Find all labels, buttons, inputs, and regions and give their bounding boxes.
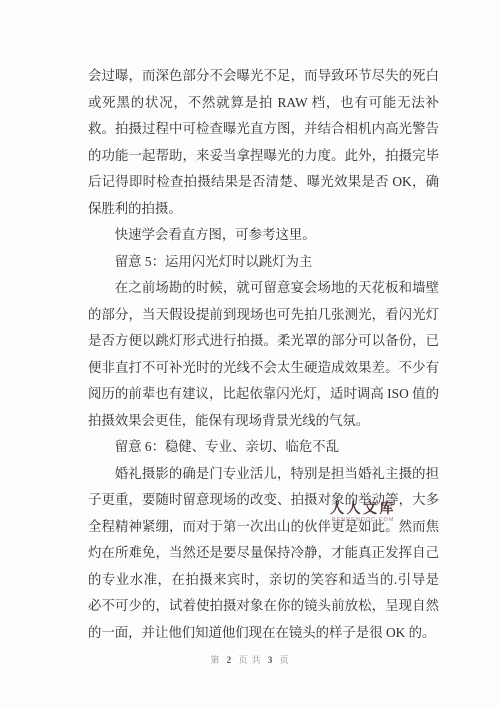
footer-prefix-label: 第 [210, 655, 220, 665]
footer-suffix-label: 页 [280, 655, 290, 665]
page-footer: 第 2 页 共 3 页 [0, 653, 500, 666]
footer-middle-label: 页 共 [238, 655, 261, 665]
paragraph: 留意 5：运用闪光灯时以跳灯为主 [88, 249, 439, 276]
footer-current-page-number: 2 [227, 655, 233, 665]
paragraph: 快速学会看直方图，可参考这里。 [88, 222, 439, 249]
paragraph: 婚礼摄影的确是门专业活儿，特别是担当婚礼主摄的担子更重，要随时留意现场的改变、拍… [88, 461, 439, 647]
document-text-block: 会过曝，而深色部分不会曝光不足，而导致环节尽失的死白或死黑的状况，不然就算是拍 … [88, 63, 439, 646]
paragraph: 会过曝，而深色部分不会曝光不足，而导致环节尽失的死白或死黑的状况，不然就算是拍 … [88, 63, 439, 222]
paragraph: 在之前场勘的时候，就可留意宴会场地的天花板和墙壁的部分，当天假设提前到现场也可先… [88, 275, 439, 434]
paragraph: 留意 6：稳健、专业、亲切、临危不乱 [88, 434, 439, 461]
footer-total-pages-number: 3 [268, 655, 274, 665]
document-page: 会过曝，而深色部分不会曝光不足，而导致环节尽失的死白或死黑的状况，不然就算是拍 … [0, 0, 500, 707]
